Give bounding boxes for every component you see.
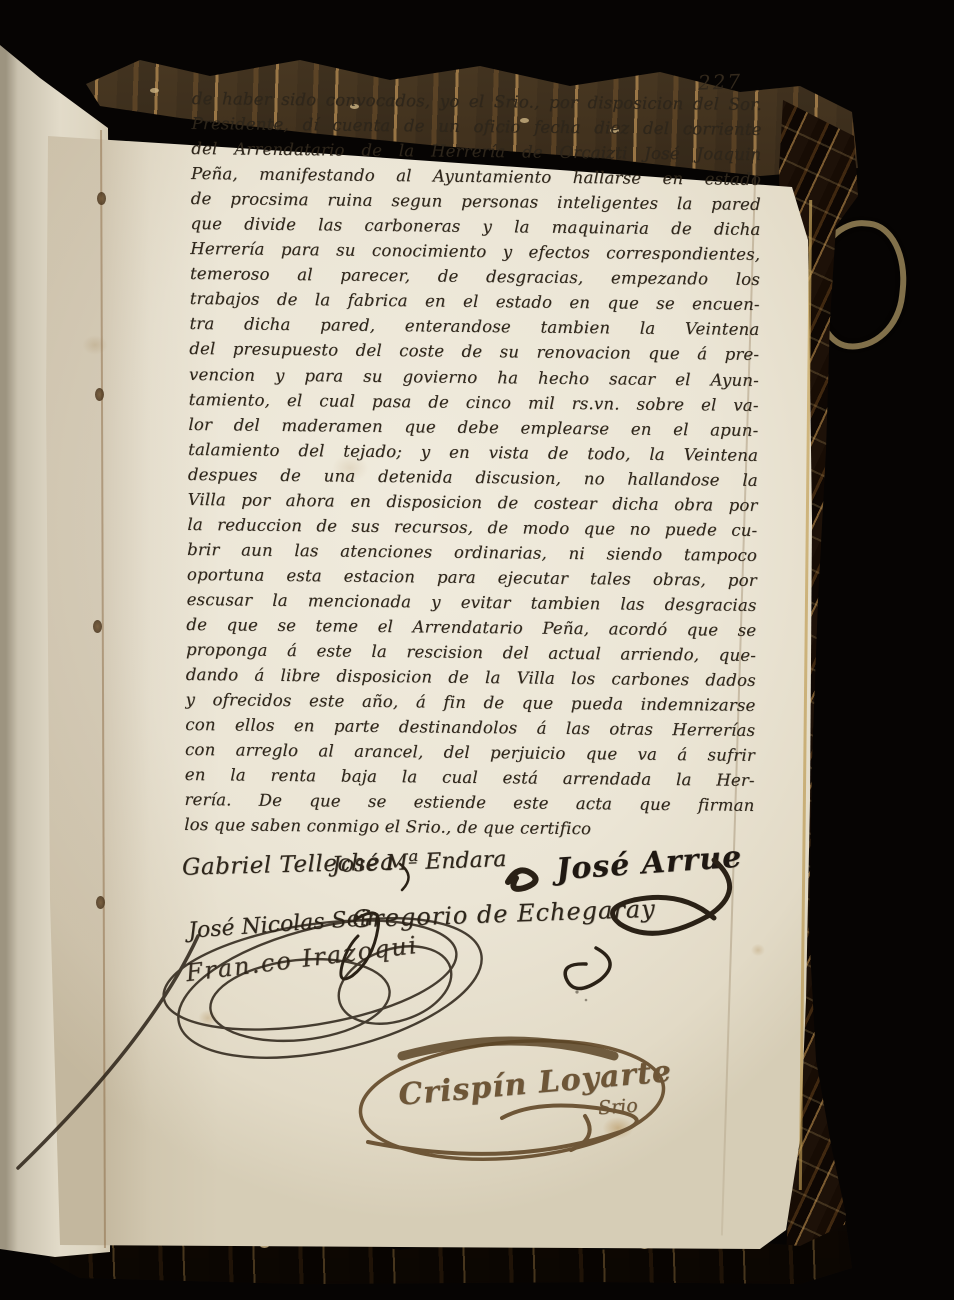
stitch-knot xyxy=(97,192,106,205)
stitch-knot xyxy=(93,620,102,633)
manuscript-text: de haber sido convocados, yo el Srio., p… xyxy=(184,86,762,843)
stitch-knot xyxy=(95,388,104,401)
stitch-knot xyxy=(96,896,105,909)
secretary-title: Srio xyxy=(597,1095,638,1120)
book-scan: 227 de haber sido convocados, yo el Srio… xyxy=(0,0,954,1300)
paper-fleck xyxy=(150,88,159,93)
